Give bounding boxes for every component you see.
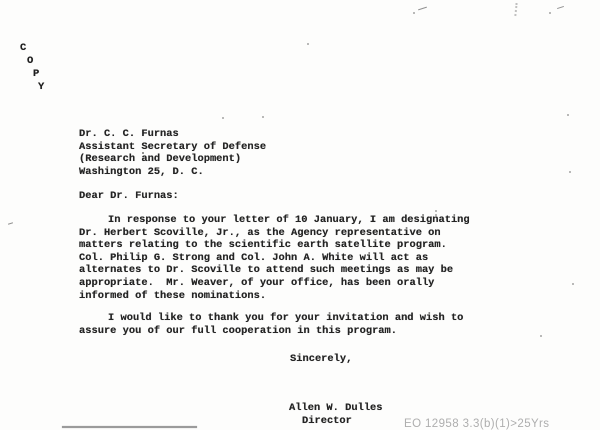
recipient-city: Washington 25, D. C. [79, 166, 266, 179]
scan-speck [142, 152, 144, 154]
scan-speck [567, 114, 569, 116]
copy-stamp-letter: Y [38, 81, 44, 93]
copy-stamp-letter: P [33, 68, 39, 80]
closing: Sincerely, [290, 353, 352, 366]
pencil-mark [557, 6, 564, 9]
body-line: matters relating to the scientific earth… [79, 239, 470, 252]
scan-speck [540, 335, 542, 337]
copy-stamp-letter: C [20, 42, 26, 54]
recipient-name: Dr. C. C. Furnas [79, 128, 266, 141]
scan-speck [8, 222, 13, 224]
signature-name: Allen W. Dulles [289, 402, 383, 415]
scan-speck [262, 116, 264, 118]
paragraph-1: In response to your letter of 10 January… [79, 214, 470, 302]
recipient-office: (Research and Development) [79, 153, 266, 166]
paragraph-2: I would like to thank you for your invit… [79, 312, 463, 337]
scan-edge-artifact [62, 426, 197, 428]
scan-speck [572, 283, 574, 285]
scan-speck [569, 171, 571, 173]
scan-speck [435, 210, 437, 212]
scanned-letter-page: C O P Y Dr. C. C. Furnas Assistant Secre… [0, 0, 600, 430]
declassification-stamp: EO 12958 3.3(b)(1)>25Yrs [404, 418, 549, 430]
body-line: alternates to Dr. Scoville to attend suc… [79, 264, 470, 277]
body-line: informed of these nominations. [79, 290, 470, 303]
scan-speck [222, 117, 224, 119]
copy-stamp-letter: O [27, 55, 33, 67]
scan-speck [413, 12, 415, 14]
signature-title: Director [302, 415, 352, 428]
body-line: I would like to thank you for your invit… [79, 312, 463, 325]
body-line: In response to your letter of 10 January… [79, 214, 470, 227]
scan-speck [307, 43, 309, 45]
recipient-address: Dr. C. C. Furnas Assistant Secretary of … [79, 128, 266, 178]
salutation: Dear Dr. Furnas: [79, 190, 179, 203]
scan-speck [549, 12, 551, 14]
pencil-mark [514, 3, 517, 16]
body-line: appropriate. Mr. Weaver, of your office,… [79, 277, 470, 290]
recipient-title: Assistant Secretary of Defense [79, 141, 266, 154]
body-line: assure you of our full cooperation in th… [79, 325, 463, 338]
scan-speck [435, 214, 437, 216]
body-line: Dr. Herbert Scoville, Jr., as the Agency… [79, 227, 470, 240]
body-line: Col. Philip G. Strong and Col. John A. W… [79, 252, 470, 265]
pencil-mark [418, 7, 427, 11]
